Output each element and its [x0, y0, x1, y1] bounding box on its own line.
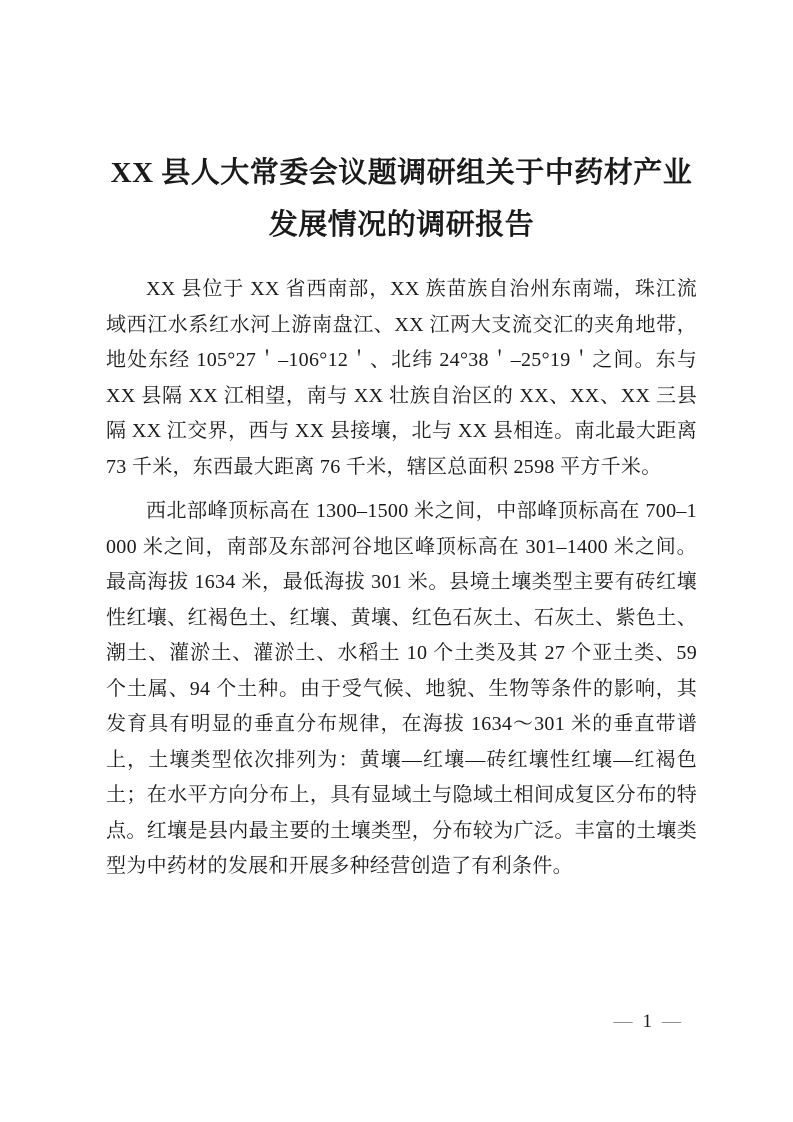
paragraph-terrain-soil: 西北部峰顶标高在 1300–1500 米之间，中部峰顶标高在 700–1000 …: [106, 494, 697, 885]
document-title: XX 县人大常委会议题调研组关于中药材产业发展情况的调研报告: [106, 147, 697, 251]
paragraph-location-overview: XX 县位于 XX 省西南部，XX 族苗族自治州东南端，珠江流域西江水系红水河上…: [106, 272, 697, 485]
footer-dash-left: —: [614, 1009, 633, 1035]
footer-page-number: 1: [643, 1009, 653, 1035]
document-page: XX 县人大常委会议题调研组关于中药材产业发展情况的调研报告 XX 县位于 XX…: [0, 0, 793, 1122]
page-footer: — 1 —: [614, 1009, 682, 1035]
document-body: XX 县位于 XX 省西南部，XX 族苗族自治州东南端，珠江流域西江水系红水河上…: [106, 272, 697, 885]
footer-dash-right: —: [662, 1009, 681, 1035]
